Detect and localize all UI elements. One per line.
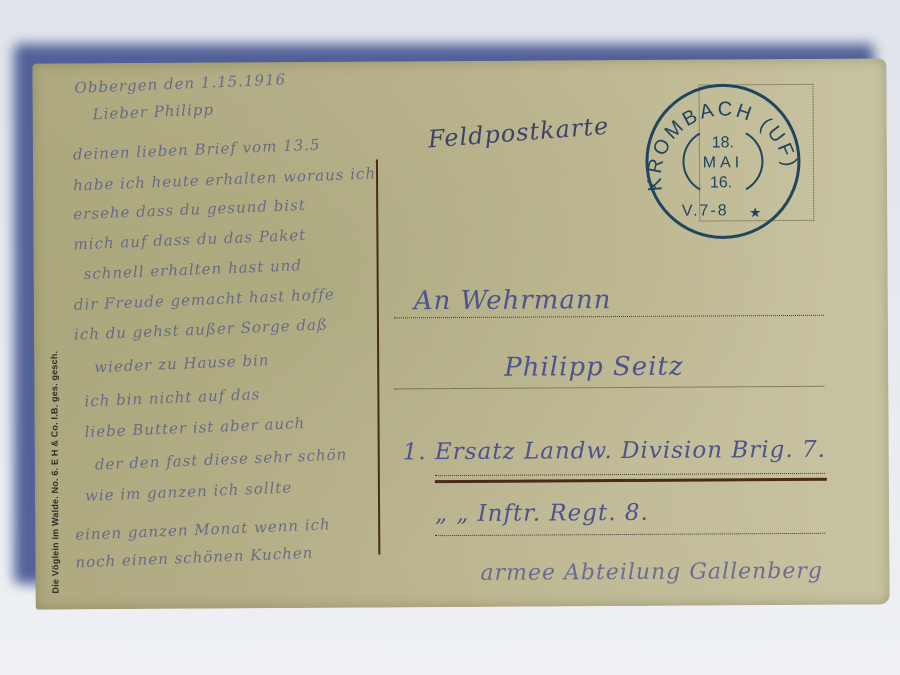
postmark-year: 16. [710,174,732,191]
message-line: liebe Butter ist aber auch [84,414,305,441]
message-line: habe ich heute erhalten woraus ich [73,164,377,194]
message-line: ersehe dass du gesund bist [73,196,306,224]
address-line-2: Philipp Seitz [504,352,684,383]
card-heading: Feldpostkarte [427,112,610,154]
postmark-star: ★ [749,205,762,221]
address-dotted-line-2 [394,386,824,390]
message-line: der den fast diese sehr schön [94,445,347,473]
postmark-time: V.7-8 [682,202,729,219]
message-line: wieder zu Hause bin [94,351,270,376]
postcard: Die Vöglein im Walde. No. 6. E H & Co. I… [32,58,889,609]
address-line-4: „ „ Inftr. Regt. 8. [435,500,649,527]
message-line: ich du gehst außer Sorge daß [74,315,329,343]
address-line-3: 1. Ersatz Landw. Division Brig. 7. [403,437,826,466]
message-line: noch einen schönen Kuchen [75,544,314,572]
message-line: Lieber Philipp [92,100,214,123]
address-line-5: armee Abteilung Gallenberg [480,559,823,586]
message-line: schnell erhalten hast und [83,256,302,283]
address-underline [435,478,827,483]
address-line-1: An Wehrmann [414,285,612,316]
postmark-day: 18. [712,134,734,151]
message-line: Obbergen den 1.15.1916 [74,70,286,97]
message-line: deinen lieben Brief vom 13.5 [73,136,321,164]
address-dotted-line-3 [435,473,825,476]
message-line: ich bin nicht auf das [84,385,261,410]
address-dotted-line-4 [435,533,825,536]
postmark-icon: KROMBACH (UF) 18. MAI 16. V.7-8 ★ [642,81,803,242]
publisher-imprint: Die Vöglein im Walde. No. 6. E H & Co. I… [49,253,61,593]
message-line: mich auf dass du das Paket [73,226,306,254]
message-line: einen ganzen Monat wenn ich [75,515,331,543]
postmark-month: MAI [703,154,744,171]
message-line: dir Freude gemacht hast hoffe [74,285,336,314]
center-divider-line [376,160,380,555]
message-line: wie im ganzen ich sollte [85,478,293,504]
